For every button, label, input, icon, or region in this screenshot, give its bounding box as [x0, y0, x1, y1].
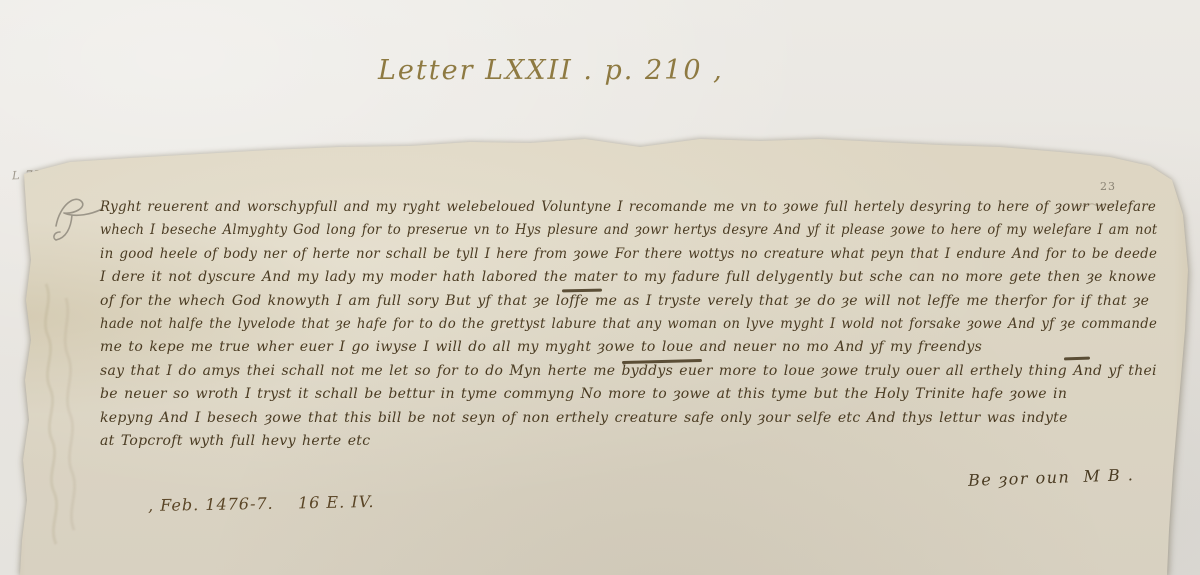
signature: Be ȝor oun M B . — [968, 465, 1135, 490]
letter-body: Ryght reuerent and worschypfull and my r… — [100, 199, 1157, 456]
manuscript-line: of for the whech God knowyth I am full s… — [100, 293, 1157, 316]
manuscript-line: whech I beseche Almyghty God long for to… — [100, 222, 1081, 245]
manuscript-line: Ryght reuerent and worschypfull and my r… — [100, 199, 1112, 222]
show-through-writing-icon — [28, 278, 84, 568]
manuscript-line: in good heele of body ner of herte nor s… — [100, 246, 1109, 269]
manuscript-line: me to kepe me true wher euer I go iwyse … — [100, 339, 1157, 362]
letter-sheet: 23 Ryght reuerent and worschypfull and m… — [0, 0, 1200, 575]
manuscript-line: be neuer so wroth I tryst it schall be b… — [100, 386, 1157, 409]
manuscript-photo: Letter LXXII . p. 210 , L 72. Copied, no… — [0, 0, 1200, 575]
manuscript-line: at Topcroft wyth full hevy herte etc — [100, 433, 1157, 456]
date-annotation: , Feb. 1476-7. 16 E. IV. — [148, 492, 375, 515]
manuscript-line: hade not halfe the lyvelode that ȝe hafe… — [100, 316, 1101, 339]
folio-number: 23 — [1100, 180, 1116, 193]
letter-sheet-shadow: 23 Ryght reuerent and worschypfull and m… — [0, 0, 1200, 575]
manuscript-line: kepyng And I besech ȝowe that this bill … — [100, 410, 1157, 433]
manuscript-line: say that I do amys thei schall not me le… — [100, 363, 1154, 386]
manuscript-line: I dere it not dyscure And my lady my mod… — [100, 269, 1150, 292]
